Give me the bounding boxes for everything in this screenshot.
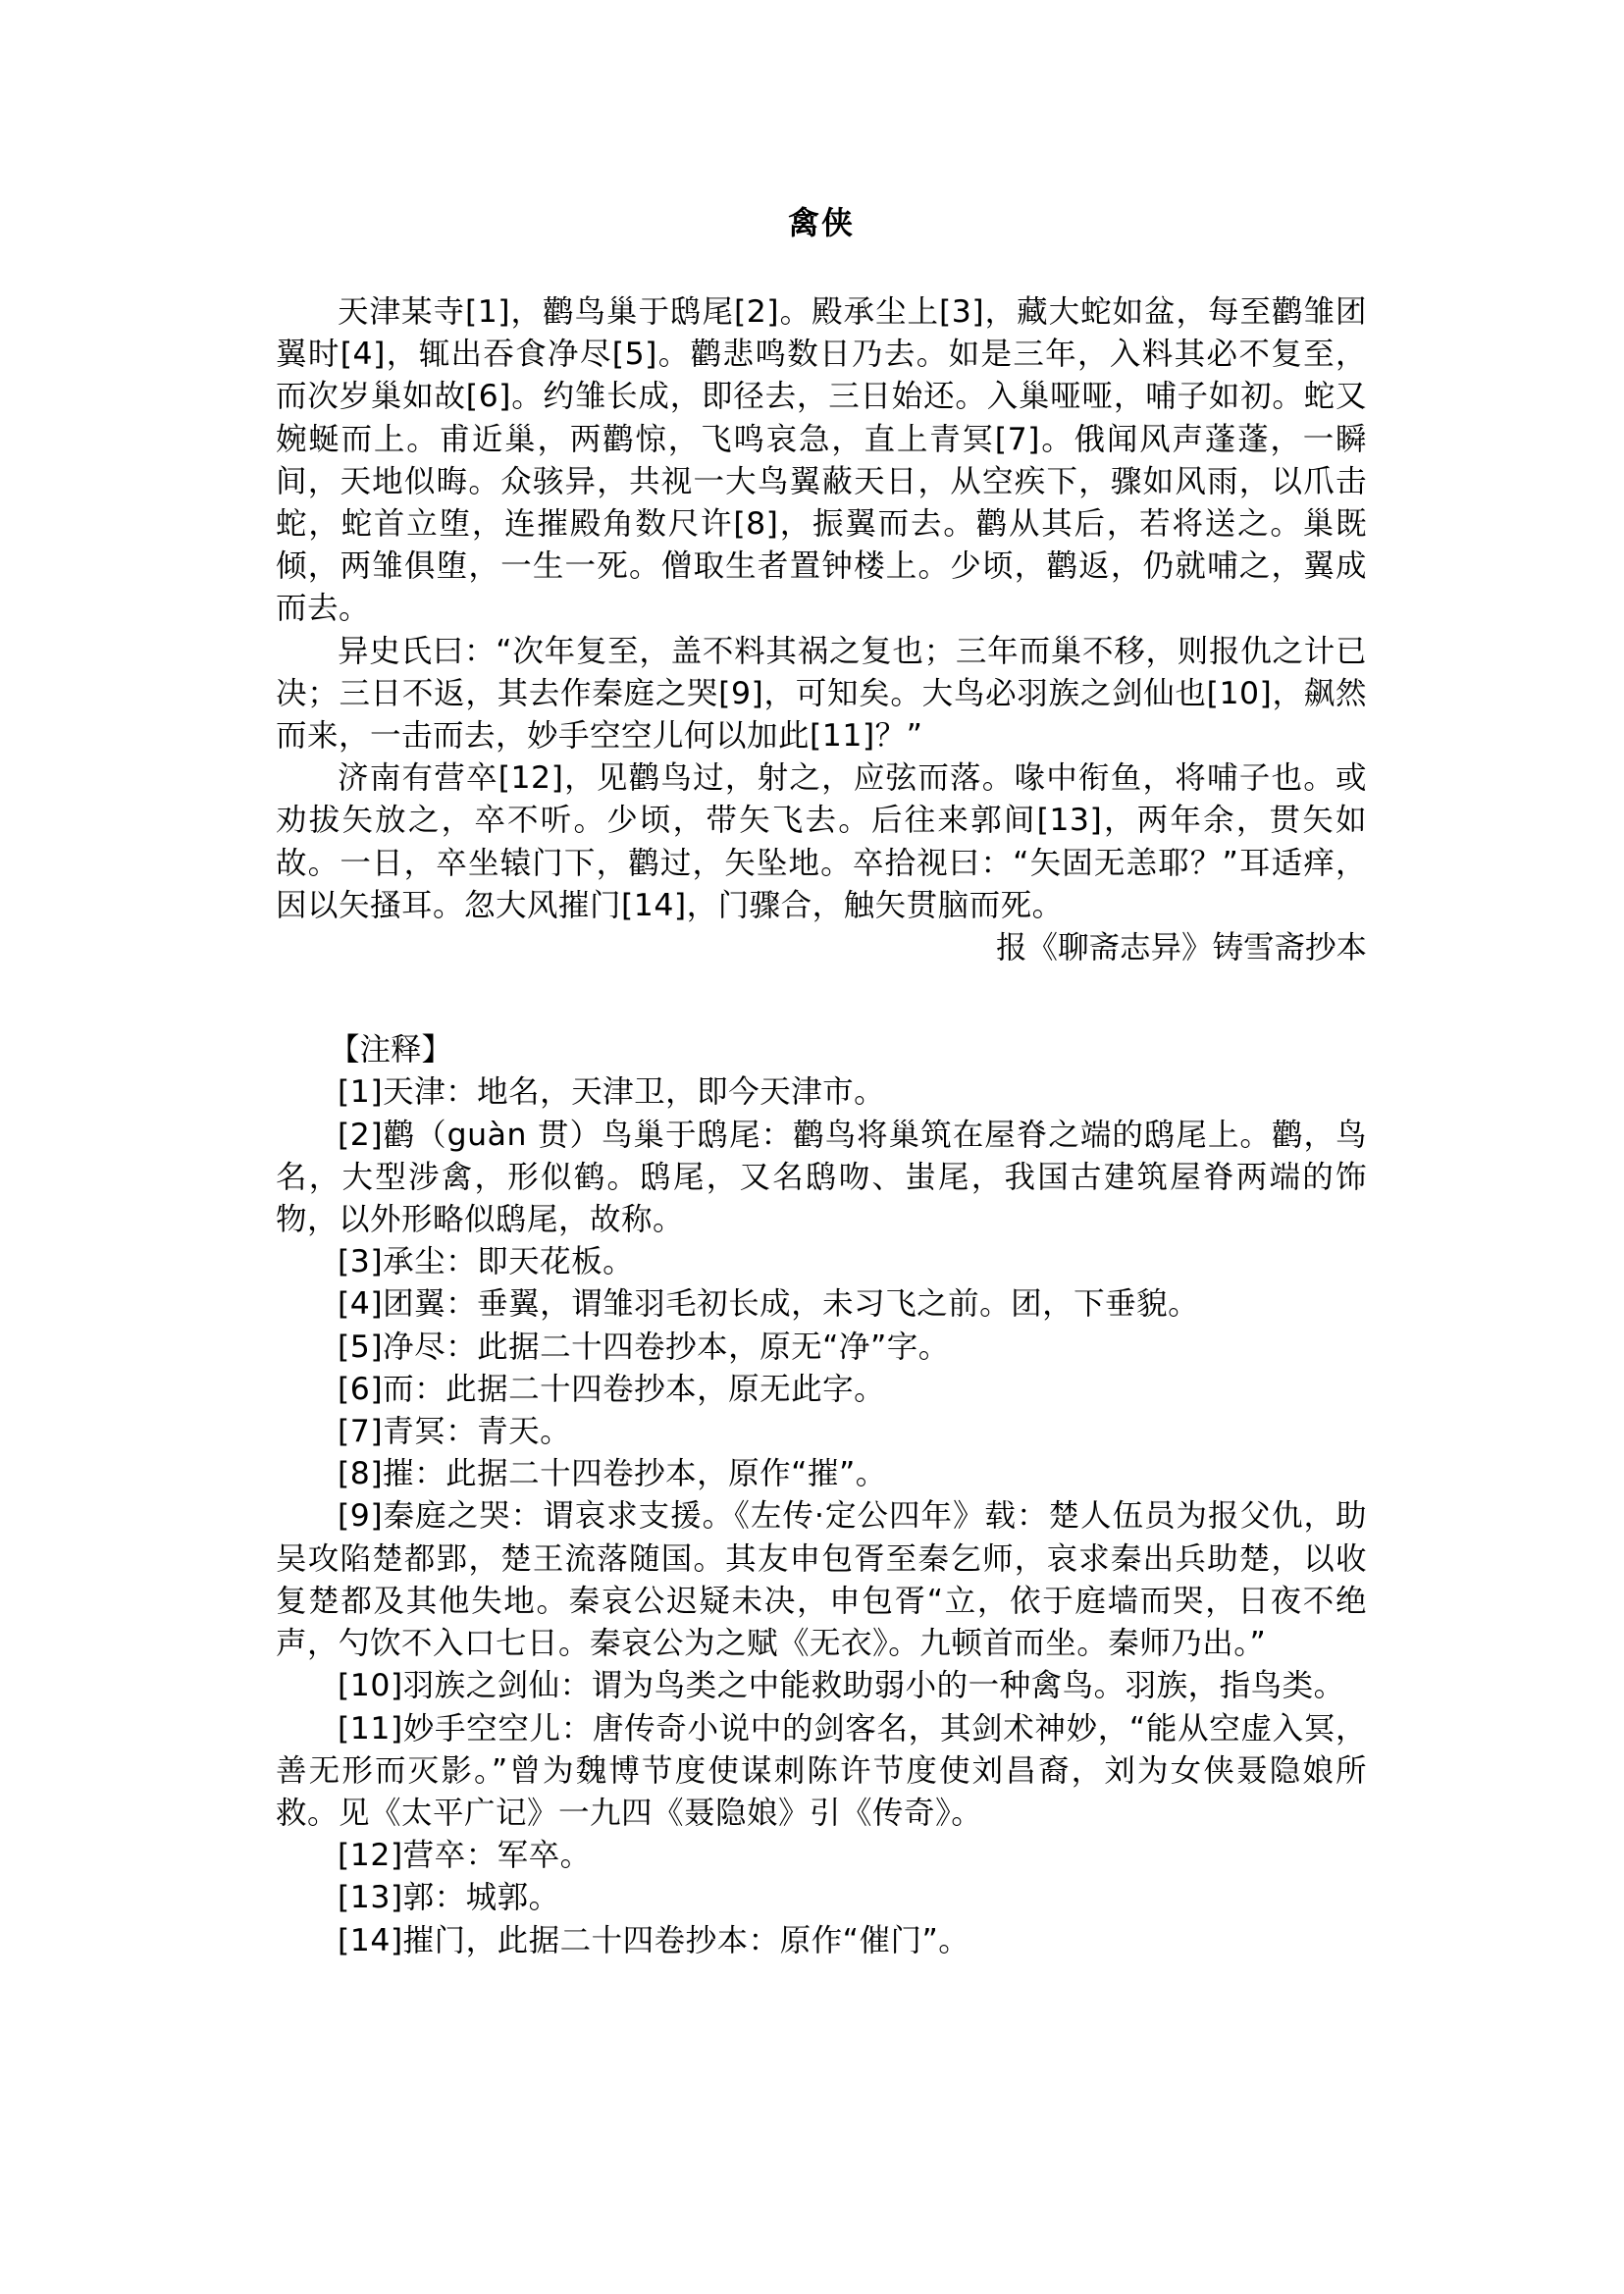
note-item: [13]郭：城郭。 bbox=[276, 1877, 1367, 1919]
story-body: 天津某寺[1]，鹳鸟巢于鸱尾[2]。殿承尘上[3]，藏大蛇如盆，每至鹳雏团翼时[… bbox=[276, 291, 1367, 969]
note-item: [3]承尘：即天花板。 bbox=[276, 1241, 1367, 1283]
document-page: 禽侠 天津某寺[1]，鹳鸟巢于鸱尾[2]。殿承尘上[3]，藏大蛇如盆，每至鹳雏团… bbox=[276, 201, 1367, 1962]
note-item: [11]妙手空空儿：唐传奇小说中的剑客名，其剑术神妙，“能从空虚入冥，善无形而灭… bbox=[276, 1708, 1367, 1836]
note-item: [5]净尽：此据二十四卷抄本，原无“净”字。 bbox=[276, 1327, 1367, 1369]
note-item: [2]鹳（guàn 贯）鸟巢于鸱尾：鹳鸟将巢筑在屋脊之端的鸱尾上。鹳，鸟名，大型… bbox=[276, 1115, 1367, 1242]
note-item: [1]天津：地名，天津卫，即今天津市。 bbox=[276, 1071, 1367, 1114]
note-item: [8]摧：此据二十四卷抄本，原作“摧”。 bbox=[276, 1453, 1367, 1495]
note-item: [14]摧门，此据二十四卷抄本：原作“催门”。 bbox=[276, 1920, 1367, 1962]
note-item: [4]团翼：垂翼，谓雏羽毛初长成，未习飞之前。团，下垂貌。 bbox=[276, 1283, 1367, 1326]
commentary-paragraph: 异史氏曰：“次年复至，盖不料其祸之复也；三年而巢不移，则报仇之计已决；三日不返，… bbox=[276, 631, 1367, 758]
notes-heading: 【注释】 bbox=[276, 1029, 1367, 1071]
note-item: [9]秦庭之哭：谓哀求支援。《左传·定公四年》载：楚人伍员为报父仇，助吴攻陷楚都… bbox=[276, 1495, 1367, 1665]
story-paragraph: 天津某寺[1]，鹳鸟巢于鸱尾[2]。殿承尘上[3]，藏大蛇如盆，每至鹳雏团翼时[… bbox=[276, 291, 1367, 631]
document-title: 禽侠 bbox=[276, 201, 1367, 244]
note-item: [12]营卒：军卒。 bbox=[276, 1835, 1367, 1877]
note-item: [7]青冥：青天。 bbox=[276, 1411, 1367, 1453]
note-item: [6]而：此据二十四卷抄本，原无此字。 bbox=[276, 1369, 1367, 1411]
notes-section: 【注释】 [1]天津：地名，天津卫，即今天津市。 [2]鹳（guàn 贯）鸟巢于… bbox=[276, 1029, 1367, 1961]
note-item: [10]羽族之剑仙：谓为鸟类之中能救助弱小的一种禽鸟。羽族，指鸟类。 bbox=[276, 1665, 1367, 1707]
story-paragraph: 济南有营卒[12]，见鹳鸟过，射之，应弦而落。喙中衔鱼，将哺子也。或劝拔矢放之，… bbox=[276, 757, 1367, 927]
source-attribution: 报《聊斋志异》铸雪斋抄本 bbox=[276, 927, 1367, 969]
